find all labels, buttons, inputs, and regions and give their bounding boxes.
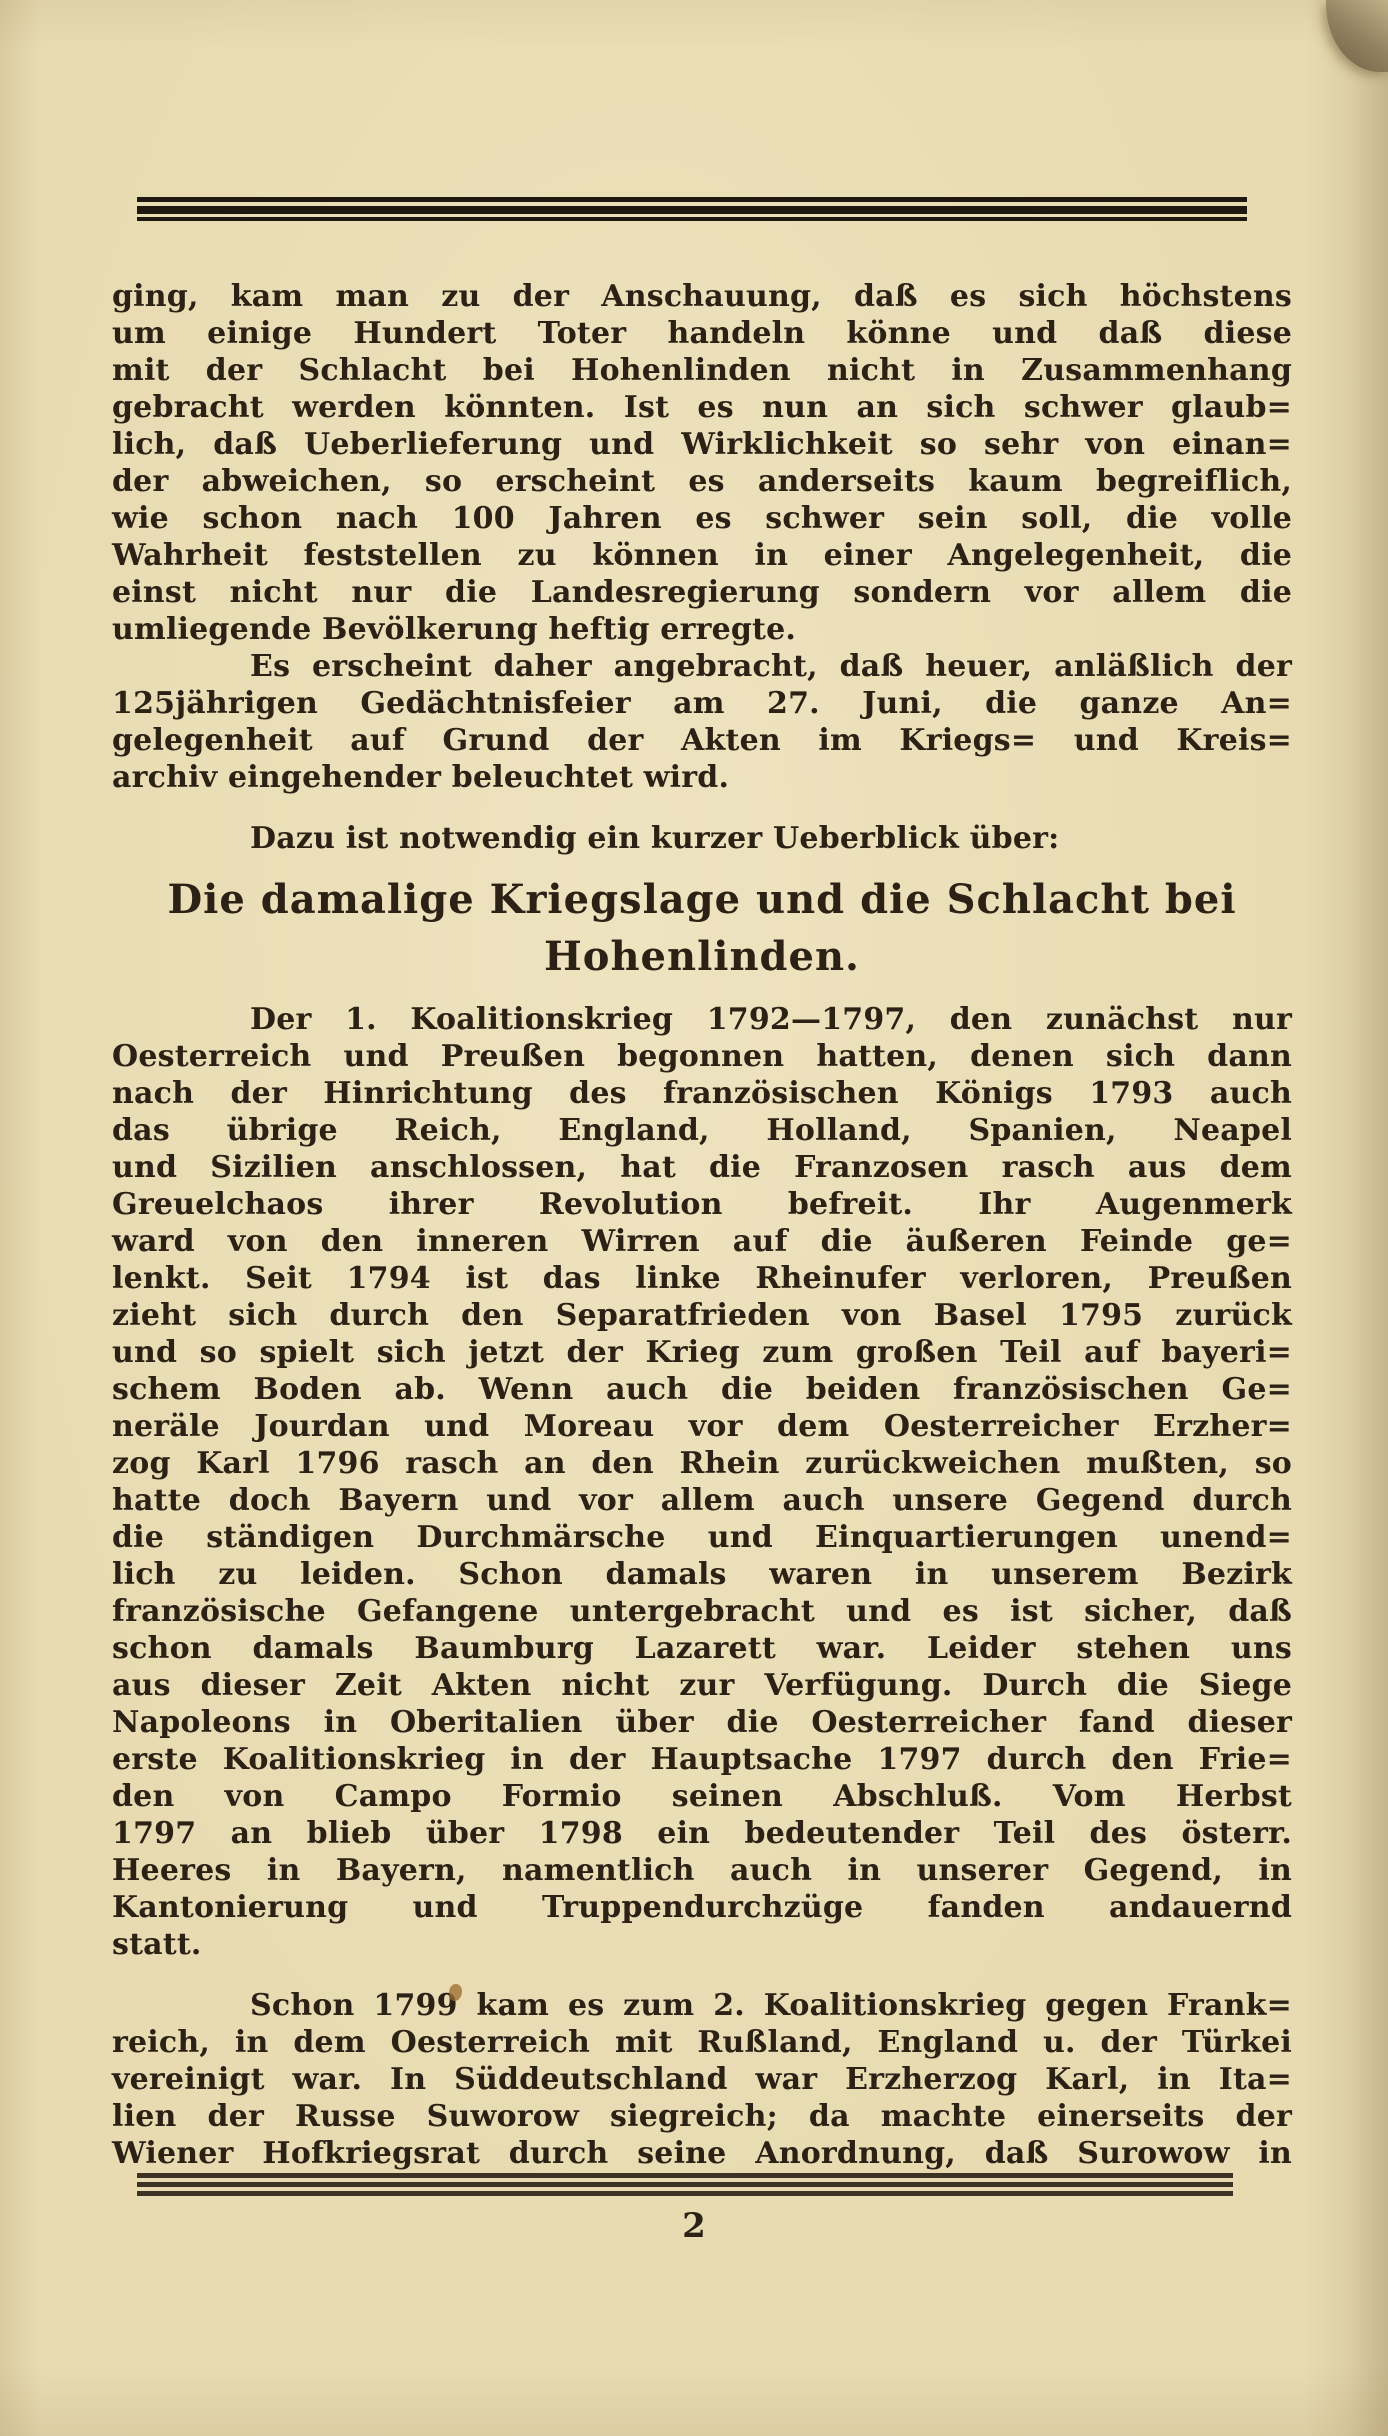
text-line: zieht sich durch den Separatfrieden von …	[112, 1297, 1292, 1334]
text-line: 125jährigen Gedächtnisfeier am 27. Juni,…	[112, 685, 1292, 722]
text-line: und so spielt sich jetzt der Krieg zum g…	[112, 1334, 1292, 1371]
text-line: zog Karl 1796 rasch an den Rhein zurückw…	[112, 1445, 1292, 1482]
text-line: wie schon nach 100 Jahren es schwer sein…	[112, 500, 1292, 537]
scanned-book-page: ging, kam man zu der Anschauung, daß es …	[0, 0, 1388, 2436]
text-line: und Sizilien anschlossen, hat die Franzo…	[112, 1149, 1292, 1186]
text-line: reich, in dem Oesterreich mit Rußland, E…	[112, 2024, 1292, 2061]
text-line: einst nicht nur die Landesregierung sond…	[112, 574, 1292, 611]
text-line: nach der Hinrichtung des französischen K…	[112, 1075, 1292, 1112]
text-line: Dazu ist notwendig ein kurzer Ueberblick…	[112, 820, 1292, 857]
text-line: mit der Schlacht bei Hohenlinden nicht i…	[112, 352, 1292, 389]
text-line: umliegende Bevölkerung heftig erregte.	[112, 611, 1292, 648]
text-line: hatte doch Bayern und vor allem auch uns…	[112, 1482, 1292, 1519]
section-heading: Die damalige Kriegslage und die Schlacht…	[112, 871, 1292, 985]
text-line: gebracht werden könnten. Ist es nun an s…	[112, 389, 1292, 426]
text-line: Greuelchaos ihrer Revolution befreit. Ih…	[112, 1186, 1292, 1223]
text-line: Heeres in Bayern, namentlich auch in uns…	[112, 1852, 1292, 1889]
paragraph: Dazu ist notwendig ein kurzer Ueberblick…	[112, 820, 1292, 857]
text-line: statt.	[112, 1926, 1292, 1963]
text-line: Wahrheit feststellen zu können in einer …	[112, 537, 1292, 574]
text-line: neräle Jourdan und Moreau vor dem Oester…	[112, 1408, 1292, 1445]
text-line: die ständigen Durchmärsche und Einquarti…	[112, 1519, 1292, 1556]
heading-line: Hohenlinden.	[112, 928, 1292, 985]
text-line: lich, daß Ueberlieferung und Wirklichkei…	[112, 426, 1292, 463]
paragraph: Der 1. Koalitionskrieg 1792—1797, den zu…	[112, 1001, 1292, 1963]
text-line: lenkt. Seit 1794 ist das linke Rheinufer…	[112, 1260, 1292, 1297]
text-line: 1797 an blieb über 1798 ein bedeutender …	[112, 1815, 1292, 1852]
text-line: Wiener Hofkriegsrat durch seine Anordnun…	[112, 2135, 1292, 2172]
text-line: schem Boden ab. Wenn auch die beiden fra…	[112, 1371, 1292, 1408]
top-rule	[137, 197, 1247, 221]
text-line: Napoleons in Oberitalien über die Oester…	[112, 1704, 1292, 1741]
heading-line: Die damalige Kriegslage und die Schlacht…	[112, 871, 1292, 928]
text-line: das übrige Reich, England, Holland, Span…	[112, 1112, 1292, 1149]
torn-corner-artifact	[1326, 0, 1388, 72]
text-line: erste Koalitionskrieg in der Hauptsache …	[112, 1741, 1292, 1778]
text-line: ward von den inneren Wirren auf die äuße…	[112, 1223, 1292, 1260]
paragraph: ging, kam man zu der Anschauung, daß es …	[112, 278, 1292, 648]
bottom-rule	[137, 2173, 1233, 2196]
text-line: gelegenheit auf Grund der Akten im Krieg…	[112, 722, 1292, 759]
text-line: Schon 1799 kam es zum 2. Koalitionskrieg…	[112, 1987, 1292, 2024]
page-number: 2	[0, 2206, 1388, 2246]
paragraph: Schon 1799 kam es zum 2. Koalitionskrieg…	[112, 1987, 1292, 2172]
text-line: französische Gefangene untergebracht und…	[112, 1593, 1292, 1630]
text-line: ging, kam man zu der Anschauung, daß es …	[112, 278, 1292, 315]
body-text: ging, kam man zu der Anschauung, daß es …	[112, 278, 1292, 2172]
text-line: aus dieser Zeit Akten nicht zur Verfügun…	[112, 1667, 1292, 1704]
paragraph: Es erscheint daher angebracht, daß heuer…	[112, 648, 1292, 796]
text-line: schon damals Baumburg Lazarett war. Leid…	[112, 1630, 1292, 1667]
text-line: vereinigt war. In Süddeutschland war Erz…	[112, 2061, 1292, 2098]
text-line: lich zu leiden. Schon damals waren in un…	[112, 1556, 1292, 1593]
text-line: archiv eingehender beleuchtet wird.	[112, 759, 1292, 796]
text-line: den von Campo Formio seinen Abschluß. Vo…	[112, 1778, 1292, 1815]
text-line: Der 1. Koalitionskrieg 1792—1797, den zu…	[112, 1001, 1292, 1038]
text-line: um einige Hundert Toter handeln könne un…	[112, 315, 1292, 352]
text-line: der abweichen, so erscheint es anderseit…	[112, 463, 1292, 500]
text-line: Es erscheint daher angebracht, daß heuer…	[112, 648, 1292, 685]
text-line: lien der Russe Suworow siegreich; da mac…	[112, 2098, 1292, 2135]
text-line: Oesterreich und Preußen begonnen hatten,…	[112, 1038, 1292, 1075]
text-line: Kantonierung und Truppendurchzüge fanden…	[112, 1889, 1292, 1926]
